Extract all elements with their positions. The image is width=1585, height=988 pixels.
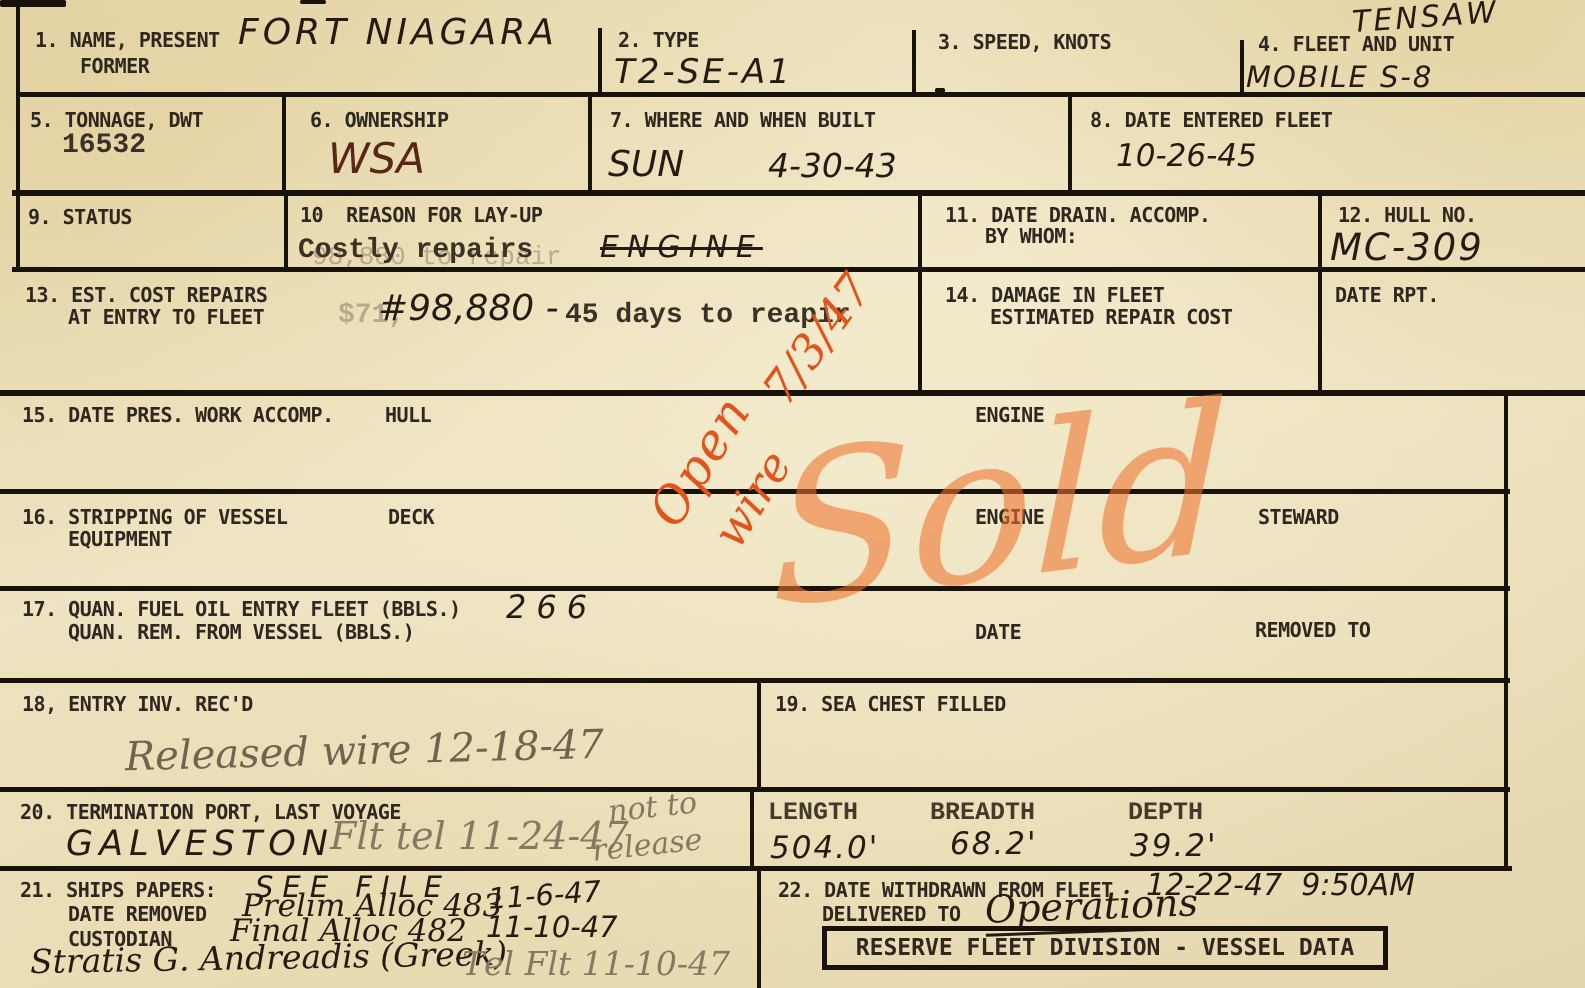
field-13-hand-value: #98,880 -	[378, 288, 559, 329]
field-3-label: 3. SPEED, KNOTS	[938, 30, 1111, 54]
grid-line	[1240, 40, 1244, 94]
field-22-delivered-label: DELIVERED TO	[822, 902, 961, 926]
field-12-label: 12. HULL NO.	[1338, 203, 1477, 227]
field-21-custodian-name: Stratis G. Andreadis (Greek)	[30, 934, 508, 981]
grid-line	[284, 192, 288, 269]
grid-line	[757, 680, 761, 789]
field-20-pencil-note: Flt tel 11-24-47	[330, 814, 629, 858]
field-7-value-place: SUN	[608, 144, 684, 185]
paper-edge-mark	[300, 0, 326, 4]
field-14-label2: ESTIMATED REPAIR COST	[990, 305, 1232, 329]
field-14-date-rpt-label: DATE RPT.	[1335, 283, 1439, 307]
field-20-value: GALVESTON	[66, 824, 334, 864]
grid-line	[1318, 192, 1322, 269]
grid-line	[598, 28, 602, 94]
breadth-label: BREADTH	[930, 798, 1035, 827]
field-2-label: 2. TYPE	[618, 28, 699, 52]
grid-line	[918, 269, 922, 392]
field-5-label: 5. TONNAGE, DWT	[30, 108, 203, 132]
field-21-pencil-note: Tel Flt 11-10-47	[462, 944, 730, 983]
field-16-deck-label: DECK	[388, 505, 434, 529]
field-6-value: WSA	[328, 134, 425, 183]
breadth-value: 68.2'	[950, 826, 1038, 862]
field-11-label-bywhom: BY WHOM:	[985, 224, 1077, 248]
field-8-label: 8. DATE ENTERED FLEET	[1090, 108, 1332, 132]
field-17-label: 17. QUAN. FUEL OIL ENTRY FLEET (BBLS.)	[22, 597, 461, 621]
field-10-label: 10 REASON FOR LAY-UP	[300, 203, 542, 227]
field-5-value: 16532	[62, 130, 146, 161]
grid-line	[282, 94, 286, 192]
field-7-label: 7. WHERE AND WHEN BUILT	[610, 108, 875, 132]
card-right-border	[1504, 390, 1508, 870]
grid-line	[0, 586, 1510, 591]
grid-line	[750, 789, 754, 868]
header-note-tensaw: TENSAW	[1351, 0, 1500, 40]
field-21-label: 21. SHIPS PAPERS:	[20, 878, 216, 902]
field-16-label: 16. STRIPPING OF VESSEL	[22, 505, 287, 529]
length-value: 504.0'	[770, 830, 879, 866]
field-19-label: 19. SEA CHEST FILLED	[775, 692, 1006, 716]
length-label: LENGTH	[768, 798, 858, 827]
reserve-fleet-title-box: RESERVE FLEET DIVISION - VESSEL DATA	[822, 926, 1388, 970]
field-17-value: 266	[506, 588, 597, 626]
field-1-label: 1. NAME, PRESENT	[35, 28, 220, 52]
grid-line	[1068, 94, 1072, 192]
grid-line	[1318, 269, 1322, 392]
field-17-label2: QUAN. REM. FROM VESSEL (BBLS.)	[68, 620, 414, 644]
field-14-label: 14. DAMAGE IN FLEET	[945, 283, 1164, 307]
field-7-value-date: 4-30-43	[768, 146, 897, 185]
grid-line	[912, 30, 916, 94]
field-16-steward-label: STEWARD	[1258, 505, 1339, 529]
field-13-label: 13. EST. COST REPAIRS	[25, 283, 267, 307]
field-2-value: T2-SE-A1	[614, 52, 793, 92]
field-13-label2: AT ENTRY TO FLEET	[68, 305, 264, 329]
field-18-value: Released wire 12-18-47	[124, 722, 604, 781]
field-15-hull-label: HULL	[385, 403, 431, 427]
field-21-date-removed-label: DATE REMOVED	[68, 902, 207, 926]
field-8-value: 10-26-45	[1116, 138, 1257, 174]
field-18-label: 18, ENTRY INV. REC'D	[22, 692, 253, 716]
grid-line	[918, 192, 922, 269]
field-10-typed-value: Costly repairs	[298, 235, 533, 266]
grid-line	[588, 94, 592, 192]
field-10-hand-value: ENGINE	[600, 230, 763, 265]
grid-line	[0, 678, 1510, 683]
field-1-label-former: FORMER	[80, 54, 149, 78]
field-6-label: 6. OWNERSHIP	[310, 108, 449, 132]
paper-edge-mark	[0, 0, 66, 7]
field-17-removed-to-label: REMOVED TO	[1255, 618, 1370, 642]
field-16-label2: EQUIPMENT	[68, 527, 172, 551]
field-1-value: FORT NIAGARA	[238, 12, 558, 53]
depth-value: 39.2'	[1130, 828, 1218, 864]
field-12-value: MC-309	[1330, 226, 1484, 269]
field-4-value: MOBILE S-8	[1246, 60, 1433, 94]
grid-line	[757, 868, 761, 988]
grid-line	[12, 190, 1585, 196]
grid-line	[0, 787, 1510, 792]
field-15-label: 15. DATE PRES. WORK ACCOMP.	[22, 403, 334, 427]
card-left-border	[16, 0, 20, 270]
depth-label: DEPTH	[1128, 798, 1203, 827]
vessel-data-card: 1. NAME, PRESENT FORMER FORT NIAGARA 2. …	[0, 0, 1585, 988]
field-9-label: 9. STATUS	[28, 205, 132, 229]
